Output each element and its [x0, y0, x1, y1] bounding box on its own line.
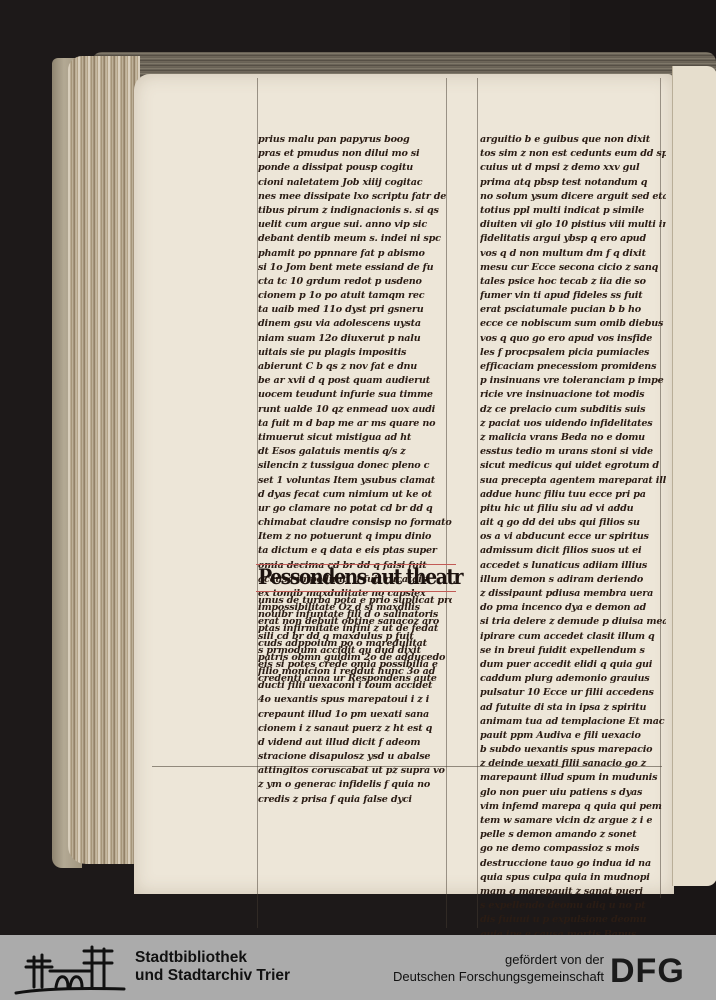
manuscript-line: se in breui fuidit expellendum s [480, 644, 666, 658]
manuscript-line: patris obmn guidim 2o de adducedo [258, 651, 452, 665]
manuscript-line: efficaciam pnecessiom promidens [480, 360, 666, 374]
manuscript-line: dis fuiuui u p expulsione deomu [480, 913, 666, 927]
manuscript-line: prius malu pan papyrus boog [258, 133, 452, 147]
manuscript-line: destruccione tauo go indua id na [480, 857, 666, 871]
manuscript-line: chimabat claudre consisp no formato [258, 516, 452, 530]
manuscript-line: prima atq pbsp test notandum q [480, 176, 666, 190]
manuscript-line: pelle s demon amando z sonet [480, 828, 666, 842]
manuscript-line: z paciat uos uidendo infidelitates [480, 417, 666, 431]
manuscript-line: accedet s lunaticus adiiam illius [480, 559, 666, 573]
manuscript-line: quia ipe e causa mortis Bapus [480, 928, 666, 936]
manuscript-line: attingitos coruscabat ut pz supra vo [258, 764, 452, 778]
manuscript-line: z malicia vrans Beda no e domu [480, 431, 666, 445]
manuscript-line: sua precepta agentem mareparat illius [480, 474, 666, 488]
manuscript-line: animam tua ad templacione Et mac [480, 715, 666, 729]
manuscript-line: arguitio b e guibus que non dixit [480, 133, 666, 147]
manuscript-line: runt ualde 10 qz enmead uox audi [258, 403, 452, 417]
heading-rule [256, 591, 456, 592]
manuscript-line: dz ce prelacio cum subditis suis [480, 403, 666, 417]
manuscript-line: ecce ce nobiscum sum omib diebus [480, 317, 666, 331]
manuscript-line: credis z prisa f quia false dyci [258, 793, 452, 807]
book-fore-edge [68, 56, 140, 864]
manuscript-line: les f procpsalem picia pumiacles [480, 346, 666, 360]
left-column-lower: unus de turba pota e prio suplicat prosa… [258, 594, 452, 807]
manuscript-line: caddum plurg ademonio grauius [480, 672, 666, 686]
manuscript-line: d vidend aut illud dicit f adeom [258, 736, 452, 750]
manuscript-line: ait q go dd dei ubs qui filios su [480, 516, 666, 530]
manuscript-line: nouibr infuntate fili d o salinatoris [258, 608, 452, 622]
manuscript-line: timuerut sicut mistigua ad ht [258, 431, 452, 445]
right-column: arguitio b e guibus que non dixittos sim… [480, 133, 666, 935]
library-name-line1: Stadtbibliothek [135, 949, 290, 967]
manuscript-line: pauit ppm Audiva e fili uexacio [480, 729, 666, 743]
manuscript-line: tem w samare vicin dz argue z i e [480, 814, 666, 828]
manuscript-line: ta uaib med 11o dyst pri gsneru [258, 303, 452, 317]
manuscript-line: ricie vre insinuacione tot modis [480, 388, 666, 402]
manuscript-line: pras et pmudus non dilui mo si [258, 147, 452, 161]
manuscript-line: p insinuans vre toleranciam p impe [480, 374, 666, 388]
library-name: Stadtbibliothek und Stadtarchiv Trier [135, 949, 290, 985]
manuscript-scan: prius malu pan papyrus boogpras et pmudu… [0, 0, 716, 935]
manuscript-line: crepaunt illud 1o pm uexati sana [258, 708, 452, 722]
manuscript-line: vos q d non multum dm f q dixit [480, 247, 666, 261]
dfg-logo: DFG [610, 954, 685, 988]
manuscript-line: diuiten vii glo 10 pistius viii multi in [480, 218, 666, 232]
manuscript-line: si tria delere z demude p diuisa mea p [480, 615, 666, 629]
manuscript-line: esstus tedio m urans stoni si vide [480, 445, 666, 459]
manuscript-line: ta fuit m d bap me ar ms quare no [258, 417, 452, 431]
manuscript-line: be ar xvii d q post quam audierut [258, 374, 452, 388]
manuscript-line: stracione disapulosz ysd u abalse [258, 750, 452, 764]
manuscript-line: pitu hic ut filiu siu ad vi addu [480, 502, 666, 516]
manuscript-line: nes mee dissipate lxo scriptu fatr de [258, 190, 452, 204]
manuscript-line: ad futuite di sta in ipsa z spiritu [480, 701, 666, 715]
stadtbibliothek-trier-logo-icon [12, 943, 127, 997]
library-name-line2: und Stadtarchiv Trier [135, 967, 290, 985]
manuscript-line: uelit cum argue sui. anno vip sic [258, 218, 452, 232]
manuscript-line: tos sim z non est cedunts eum dd spis [480, 147, 666, 161]
manuscript-line: dt Esos galatuis mentis q/s z [258, 445, 452, 459]
manuscript-line: filio monicion i reddut hunc 3o ad [258, 665, 452, 679]
manuscript-line: silencin z tussigua donec pleno c [258, 459, 452, 473]
manuscript-line: 4o uexantis spus marepatoui i z i [258, 693, 452, 707]
manuscript-line: uocem teudunt infurie sua timme [258, 388, 452, 402]
manuscript-line: vos q quo go ero apud vos insfide [480, 332, 666, 346]
manuscript-line: ta dictum e q data e eis ptas super [258, 544, 452, 558]
manuscript-line: glo non puer uiu patiens s dyas [480, 786, 666, 800]
manuscript-line: d dyas fecat cum nimium ut ke ot [258, 488, 452, 502]
footer-bar: Stadtbibliothek und Stadtarchiv Trier ge… [0, 935, 716, 1000]
right-page-edge [672, 66, 716, 886]
manuscript-line: ducti filii uexaconi i toum accidet [258, 679, 452, 693]
manuscript-line: go ne demo compassioz s mois [480, 842, 666, 856]
manuscript-line: dum puer accedit elidi q quia gui [480, 658, 666, 672]
manuscript-line: cuds adppoium po o maredulitat [258, 637, 452, 651]
manuscript-line: totius ppl multi indicat p simile [480, 204, 666, 218]
manuscript-line: z ym o generac infidelis f quia no [258, 778, 452, 792]
manuscript-line: pulsatur 10 Ecce ur filii accedens [480, 686, 666, 700]
manuscript-line: admissum dicit filios suos ut ei [480, 544, 666, 558]
ruling-line [477, 78, 478, 928]
manuscript-line: tibus pirum z indignacionis s. si qs [258, 204, 452, 218]
funding-note: gefördert von der Deutschen Forschungsge… [393, 951, 604, 985]
manuscript-line: unus de turba pota e prio suplicat prosa [258, 594, 452, 608]
manuscript-line: z deinde uexati filii sanacio go z [480, 757, 666, 771]
manuscript-line: z dissipaunt pdiusa membra uera [480, 587, 666, 601]
funding-line1: gefördert von der [393, 951, 604, 968]
manuscript-line: si 1o Jom bent mete essiand de fu [258, 261, 452, 275]
manuscript-line: Item z no potuerunt q impu dinio [258, 530, 452, 544]
manuscript-line: ponde a dissipat pousp cogitu [258, 161, 452, 175]
manuscript-line: cioni naletatem Job xiiij cogitac [258, 176, 452, 190]
manuscript-line: quia spus culpa quia in mudnopi [480, 871, 666, 885]
manuscript-line: os a vi abducunt ecce ur spiritus [480, 530, 666, 544]
manuscript-line: no solum ysum dicere arguit sed eta [480, 190, 666, 204]
manuscript-line: erat psciatumale pucian b b ho [480, 303, 666, 317]
manuscript-line: set 1 voluntas Item ysubus clamat [258, 474, 452, 488]
manuscript-line: s expellendo deomu aliq u no pt [480, 899, 666, 913]
funding-line2: Deutschen Forschungsgemeinschaft [393, 968, 604, 985]
manuscript-line: vim infemd marepa q quia qui pem [480, 800, 666, 814]
manuscript-line: uitais sie pu plagis impositis [258, 346, 452, 360]
manuscript-line: phamit po ppnnare fat p abismo [258, 247, 452, 261]
manuscript-line: sicut medicus qui uidet egrotum d [480, 459, 666, 473]
manuscript-line: tales psice hoc tecab z iia die so [480, 275, 666, 289]
manuscript-line: cionem p 1o po atuit tamqm rec [258, 289, 452, 303]
manuscript-line: cta tc 10 grdum redot p usdeno [258, 275, 452, 289]
manuscript-line: b subdo uexantis spus marepacio [480, 743, 666, 757]
manuscript-line: abierunt C b qs z nov fat e dnu [258, 360, 452, 374]
manuscript-line: cionem i z sanaut puerz z ht est q [258, 722, 452, 736]
manuscript-line: ipirare cum accedet clasit illum q [480, 630, 666, 644]
manuscript-line: fumer vin ti apud fideles ss fuit [480, 289, 666, 303]
manuscript-line: illum demon s adiram deriendo [480, 573, 666, 587]
manuscript-line: mam q marepauit z sanat pueri [480, 885, 666, 899]
manuscript-line: ptas infirmitate infini z ut de fedat [258, 622, 452, 636]
rubric-heading: Pessondens aut theatr [258, 564, 456, 589]
manuscript-line: cuius ut d mpsi z demo xxv gul [480, 161, 666, 175]
manuscript-line: ur go clamare no potat cd br dd q [258, 502, 452, 516]
manuscript-line: debant dentib meum s. indei ni spc [258, 232, 452, 246]
manuscript-line: do pma incenco dya e demon ad [480, 601, 666, 615]
manuscript-line: addue hunc filiu tuu ecce pri pa [480, 488, 666, 502]
manuscript-line: fidelitatis argui ybsp q ero apud [480, 232, 666, 246]
manuscript-line: marepaunt illud spum in mudunis [480, 771, 666, 785]
manuscript-line: dinem gsu via adolescens uysta [258, 317, 452, 331]
manuscript-line: niam suam 12o diuxerut p nalu [258, 332, 452, 346]
manuscript-line: mesu cur Ecce secona cicio z sanq [480, 261, 666, 275]
